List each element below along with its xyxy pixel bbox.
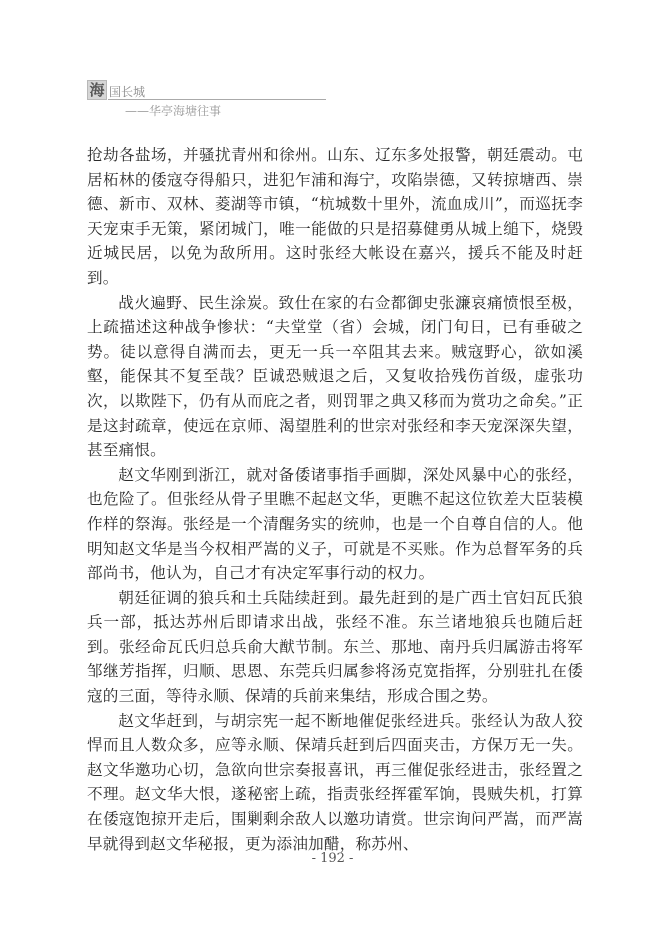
paragraph-3: 赵文华刚到浙江，就对备倭诸事指手画脚，深处风暴中心的张经，也危险了。但张经从骨子… — [87, 463, 583, 586]
paragraph-1: 抢劫各盐场，并骚扰青州和徐州。山东、辽东多处报警，朝廷震动。屯居柘林的倭寇夺得船… — [87, 143, 583, 291]
series-logo-icon: 海 — [87, 80, 107, 100]
paragraph-2: 战火遍野、民生涂炭。致仕在家的右佥都御史张濂哀痛愤恨至极，上疏描述这种战争惨状：… — [87, 291, 583, 463]
book-subtitle: ——华亭海塘往事 — [125, 102, 221, 119]
series-title: 国长城 — [109, 83, 145, 100]
page-number: - 192 - — [0, 851, 665, 866]
running-header: 海 国长城 ——华亭海塘往事 — [87, 80, 302, 120]
paragraph-5: 赵文华赶到，与胡宗宪一起不断地催促张经进兵。张经认为敌人狡悍而且人数众多，应等永… — [87, 709, 583, 857]
body-text: 抢劫各盐场，并骚扰青州和徐州。山东、辽东多处报警，朝廷震动。屯居柘林的倭寇夺得船… — [87, 143, 583, 856]
header-divider — [108, 99, 326, 100]
paragraph-4: 朝廷征调的狼兵和土兵陆续赶到。最先赶到的是广西土官妇瓦氏狼兵一部，抵达苏州后即请… — [87, 586, 583, 709]
